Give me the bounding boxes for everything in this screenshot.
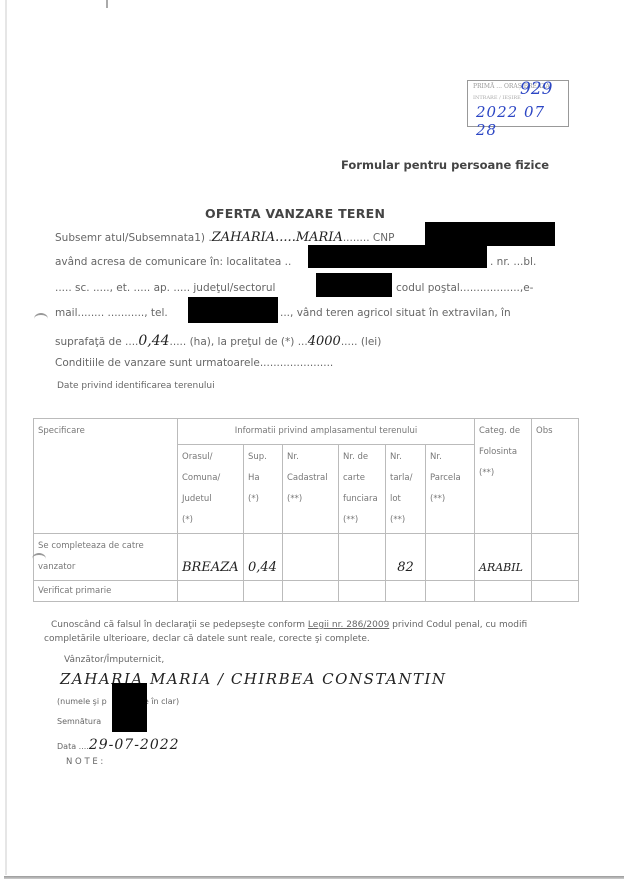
row-label-seller: Se completeaza de catrevanzator	[34, 534, 178, 581]
row-label-verified: Verificat primarie	[34, 581, 178, 602]
redacted-county	[316, 273, 392, 297]
cell-orasul	[178, 581, 244, 602]
address-line: având acresa de comunicare în: localitat…	[55, 256, 291, 268]
header-obs: Obs	[532, 419, 579, 534]
redacted-phone	[188, 297, 278, 323]
cell-tarla	[386, 581, 426, 602]
law-reference: Legii nr. 286/2009	[308, 620, 389, 630]
header-specificare: Specificare	[34, 419, 178, 534]
cell-orasul: BREAZA	[178, 534, 244, 581]
address-line-suffix: . nr. ...bl.	[490, 256, 536, 268]
date-line: Data ....29-07-2022	[57, 737, 180, 753]
stamp-direction: INTRARE / IEȘIRE	[473, 95, 521, 101]
header-location-group: Informatii privind amplasamentul terenul…	[178, 419, 475, 445]
header-carte: Nr. decartefunciara(**)	[339, 445, 386, 534]
declaration-line-2: completările ulterioare, declar că datel…	[44, 634, 370, 644]
land-location-line: ..., vând teren agricol situat în extrav…	[280, 307, 511, 319]
cell-sup	[244, 581, 283, 602]
land-identification-table: Specificare Informatii privind amplasame…	[33, 418, 579, 602]
cell-obs	[532, 534, 579, 581]
header-cadastral: Nr.Cadastral(**)	[283, 445, 339, 534]
header-sup: Sup.Ha(*)	[244, 445, 283, 534]
declaration-line-1: Cunoscând că falsul în declaraţii se ped…	[51, 620, 527, 630]
cell-obs	[532, 581, 579, 602]
header-categ: Categ. deFolosinta(**)	[475, 419, 532, 534]
registration-stamp: PRIMĂ ... ORAȘ BREAZA INTRARE / IEȘIRE 9…	[467, 80, 569, 127]
cell-categ: ARABIL	[475, 534, 532, 581]
redacted-cnp	[425, 222, 555, 246]
postal-code-line: codul poştal..................,e-	[396, 282, 533, 294]
area-price-line: suprafaţă de ....0,44..... (ha), la preţ…	[55, 333, 381, 349]
redacted-locality	[308, 245, 487, 268]
seller-role-label: Vânzător/Împuternicit,	[64, 655, 164, 665]
table-row: Se completeaza de catrevanzator BREAZA 0…	[34, 534, 579, 581]
notes-label: N O T E :	[66, 757, 103, 767]
sale-conditions: Conditiile de vanzare sunt urmatoarele..…	[55, 357, 333, 369]
scan-mark	[34, 313, 48, 325]
land-data-heading: Date privind identificarea terenului	[57, 381, 215, 391]
table-header-row: Specificare Informatii privind amplasame…	[34, 419, 579, 445]
redacted-signature	[112, 683, 147, 732]
cell-carte	[339, 534, 386, 581]
stamp-date: 2022 07 28	[476, 103, 568, 139]
cell-parcela	[426, 534, 475, 581]
address-detail-line: ..... sc. ....., et. ..... ap. ..... jud…	[55, 282, 275, 294]
header-orasul: Orasul/Comuna/Judetul(*)	[178, 445, 244, 534]
scan-mark	[32, 553, 46, 565]
cell-cadastral	[283, 581, 339, 602]
area-value: 0,44	[138, 333, 169, 349]
seller-name-line: Subsemr atul/Subsemnata1) .ZAHARIA.....M…	[55, 230, 394, 245]
signature-date: 29-07-2022	[89, 737, 180, 753]
page-edge-mark	[106, 0, 108, 8]
cell-sup: 0,44	[244, 534, 283, 581]
seller-name: ZAHARIA.....MARIA	[212, 230, 343, 245]
page-title: OFERTA VANZARE TEREN	[205, 206, 385, 221]
form-type: Formular pentru persoane fizice	[341, 158, 549, 172]
page-bottom-edge	[4, 876, 624, 879]
page-edge	[5, 0, 7, 875]
cell-parcela	[426, 581, 475, 602]
price-value: 4000	[308, 334, 341, 349]
stamp-registration-number: 929	[520, 79, 552, 99]
cell-cadastral	[283, 534, 339, 581]
cell-tarla: 82	[386, 534, 426, 581]
email-line: mail........ ..........., tel.	[55, 307, 168, 319]
header-tarla: Nr.tarla/lot(**)	[386, 445, 426, 534]
table-row: Verificat primarie	[34, 581, 579, 602]
cell-categ	[475, 581, 532, 602]
cell-carte	[339, 581, 386, 602]
header-parcela: Nr.Parcela(**)	[426, 445, 475, 534]
